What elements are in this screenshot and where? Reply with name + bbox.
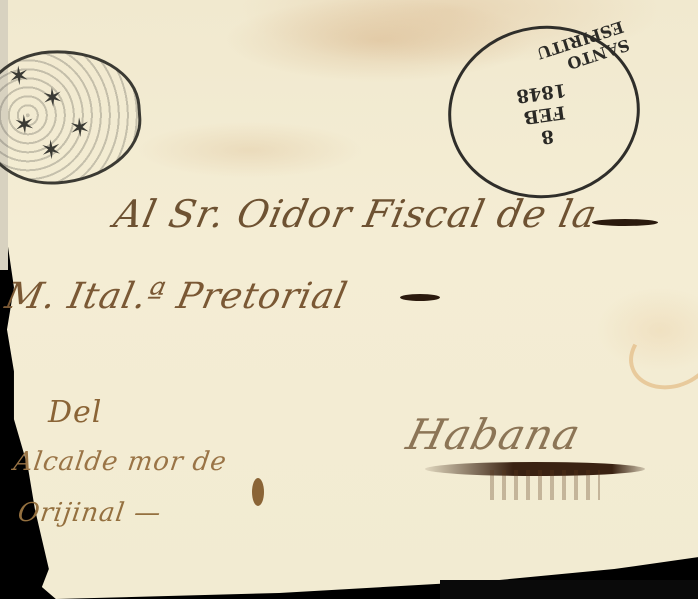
sender-line-2: Orijinal — [16, 498, 163, 528]
star-icon: ✶ [41, 83, 65, 114]
star-icon: ✶ [68, 113, 92, 144]
sender-line-1: Alcalde mor de [12, 447, 229, 477]
address-line-2: M. Ital.ª Pretorial [2, 276, 352, 317]
destination: Habana [402, 410, 586, 459]
ink-blot [252, 478, 264, 506]
address-line-1: Al Sr. Oidor Fiscal de la [110, 192, 601, 236]
ink-dash [400, 294, 440, 301]
sender-prefix: Del [48, 395, 102, 430]
star-icon: ✶ [39, 135, 63, 166]
ink-drips [490, 470, 600, 500]
star-icon: ✶ [12, 110, 36, 141]
postmark-date: 8 FEB 1848 [505, 76, 584, 151]
ink-dash [592, 219, 658, 226]
background-edge [440, 580, 698, 599]
star-icon: ✶ [7, 61, 31, 92]
